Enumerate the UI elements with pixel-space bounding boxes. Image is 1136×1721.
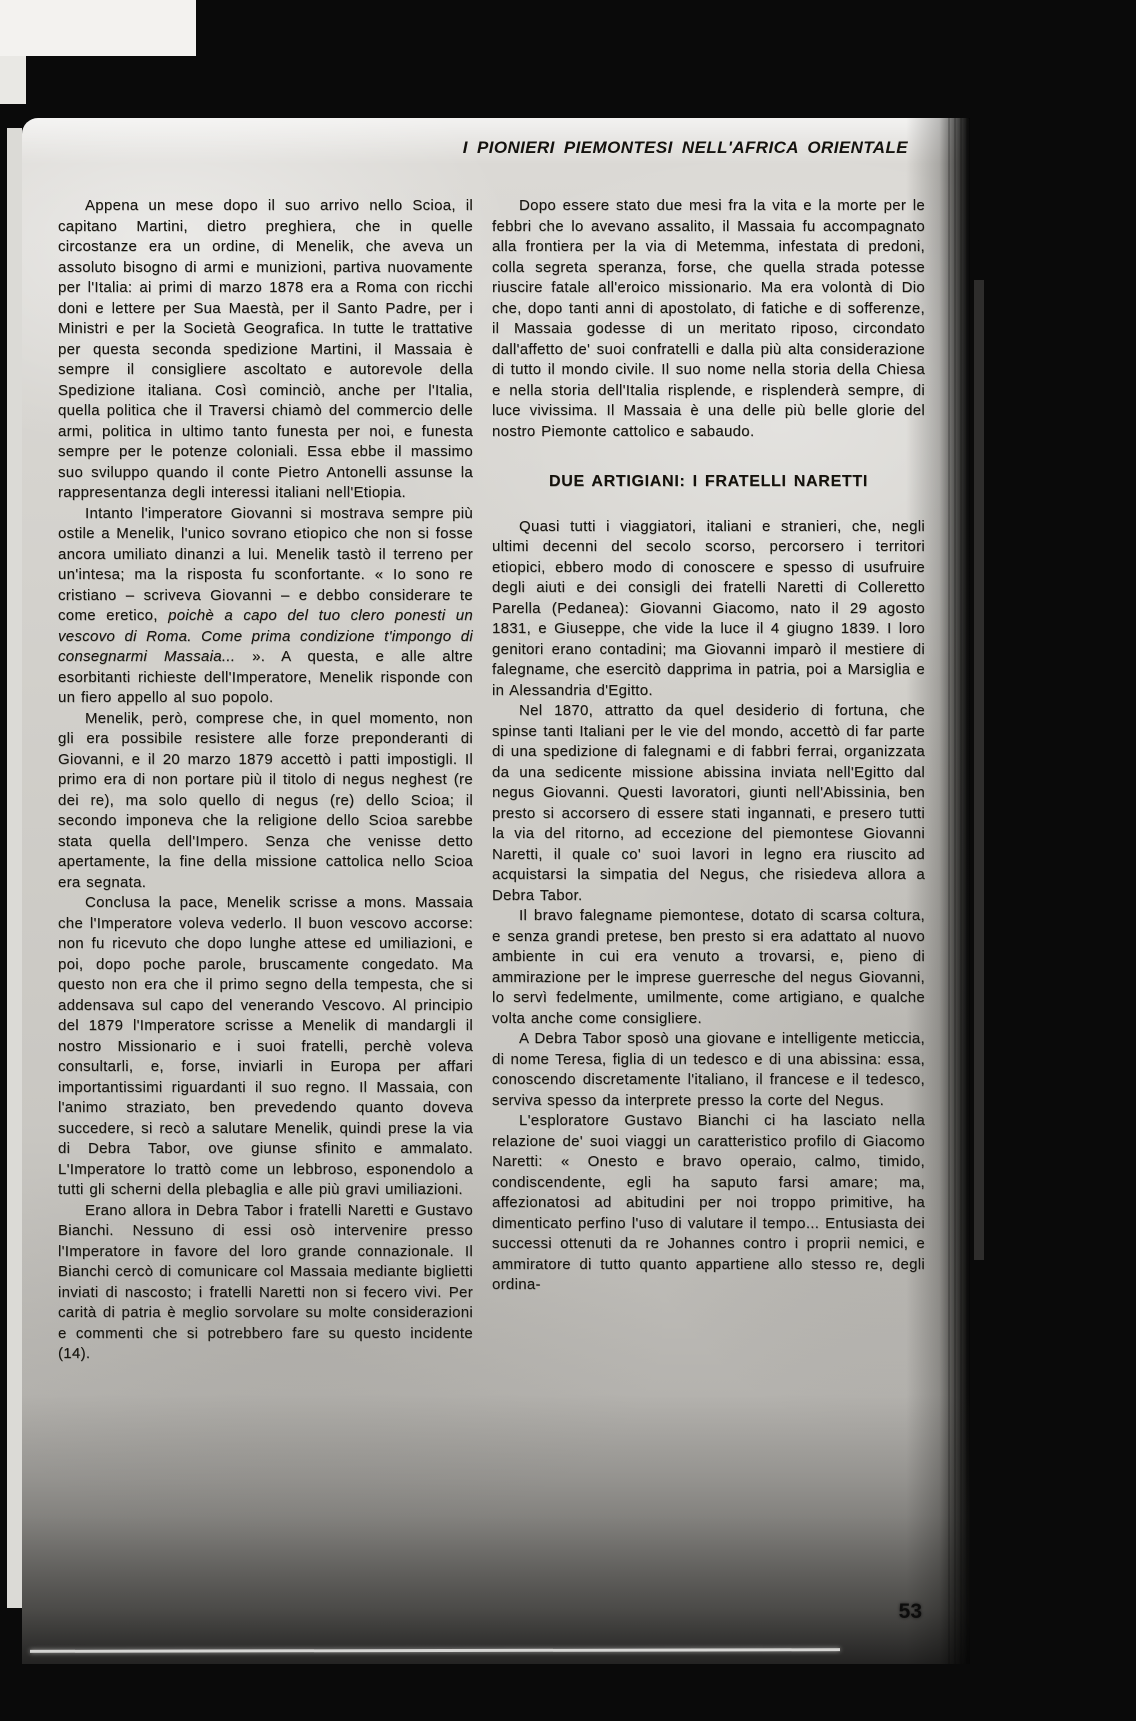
body-text: Quasi tutti i viaggiatori, italiani e st… bbox=[492, 518, 925, 699]
paragraph: A Debra Tabor sposò una giovane e intell… bbox=[492, 1029, 925, 1111]
body-text: Nel 1870, attratto da quel desiderio di … bbox=[492, 702, 925, 904]
body-text: Menelik, però, comprese che, in quel mom… bbox=[58, 710, 473, 891]
paragraph: Quasi tutti i viaggiatori, italiani e st… bbox=[492, 517, 925, 702]
book-edge-strip bbox=[974, 280, 984, 1260]
section-heading: DUE ARTIGIANI: I FRATELLI NARETTI bbox=[492, 472, 925, 493]
body-text: Il bravo falegname piemontese, dotato di… bbox=[492, 907, 925, 1027]
photo-corner-light bbox=[0, 0, 196, 56]
right-text-column: Dopo essere stato due mesi fra la vita e… bbox=[492, 196, 925, 1296]
body-text: Dopo essere stato due mesi fra la vita e… bbox=[492, 197, 925, 440]
photo-corner-light-lower bbox=[0, 56, 26, 104]
paragraph: Conclusa la pace, Menelik scrisse a mons… bbox=[58, 893, 473, 1201]
paragraph: L'esploratore Gustavo Bianchi ci ha lasc… bbox=[492, 1111, 925, 1296]
body-text: Erano allora in Debra Tabor i fratelli N… bbox=[58, 1202, 473, 1363]
body-text: A Debra Tabor sposò una giovane e intell… bbox=[492, 1030, 925, 1109]
paragraph: Menelik, però, comprese che, in quel mom… bbox=[58, 709, 473, 894]
body-text: Conclusa la pace, Menelik scrisse a mons… bbox=[58, 894, 473, 1198]
page-bottom-shadow bbox=[22, 1394, 970, 1664]
paragraph: Nel 1870, attratto da quel desiderio di … bbox=[492, 701, 925, 906]
book-page: I PIONIERI PIEMONTESI NELL'AFRICA ORIENT… bbox=[22, 118, 970, 1664]
body-text: L'esploratore Gustavo Bianchi ci ha lasc… bbox=[492, 1112, 925, 1293]
page-left-edge-light bbox=[7, 128, 22, 1608]
left-text-column: Appena un mese dopo il suo arrivo nello … bbox=[58, 196, 473, 1365]
body-text: Appena un mese dopo il suo arrivo nello … bbox=[58, 197, 473, 501]
paragraph: Il bravo falegname piemontese, dotato di… bbox=[492, 906, 925, 1029]
scanned-book-photo: I PIONIERI PIEMONTESI NELL'AFRICA ORIENT… bbox=[0, 0, 1136, 1721]
paragraph: Erano allora in Debra Tabor i fratelli N… bbox=[58, 1201, 473, 1365]
paragraph: Intanto l'imperatore Giovanni si mostrav… bbox=[58, 504, 473, 709]
paragraph: Appena un mese dopo il suo arrivo nello … bbox=[58, 196, 473, 504]
running-head: I PIONIERI PIEMONTESI NELL'AFRICA ORIENT… bbox=[463, 138, 908, 158]
paragraph: Dopo essere stato due mesi fra la vita e… bbox=[492, 196, 925, 442]
